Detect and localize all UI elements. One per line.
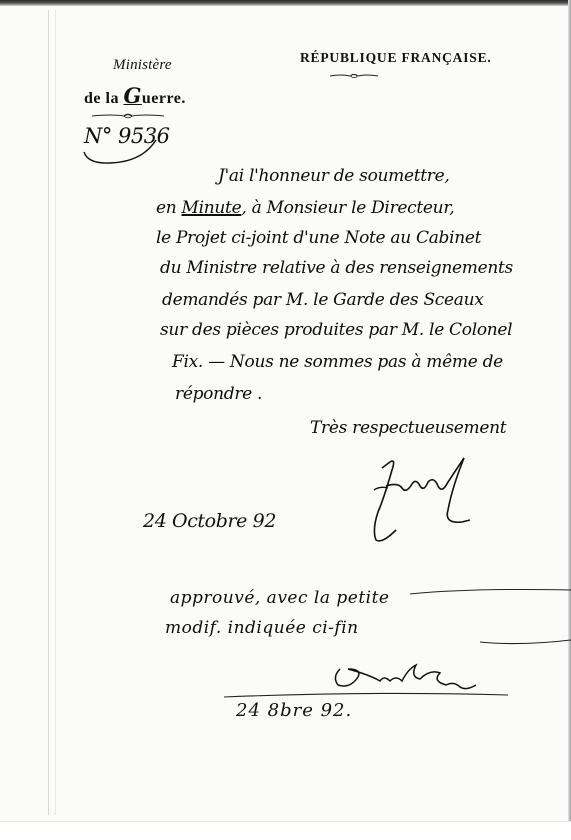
body-line-4: du Ministre relative à des renseignement… <box>160 258 513 278</box>
letterhead-ministry-line-2: de la Guerre. <box>84 83 186 108</box>
annotation-stroke-icon <box>410 586 571 596</box>
letterhead-ministry-rest: uerre. <box>142 90 186 107</box>
body-line-3: le Projet ci-joint d'une Note au Cabinet <box>156 228 481 248</box>
body-underlined-minute: Minute <box>182 198 242 218</box>
body-line-2-prefix: en <box>156 198 182 218</box>
number-underline-swoosh-icon <box>80 130 160 170</box>
letterhead-ministry-line-1: Ministère <box>113 57 172 74</box>
signature-approver-icon: Dandes <box>220 655 520 699</box>
body-line-8: répondre . <box>175 384 262 404</box>
letter-date: 24 Octobre 92 <box>143 510 276 532</box>
annotation-line-1: approuvé, avec la petite <box>170 588 390 608</box>
body-line-2: en Minute, à Monsieur le Directeur, <box>156 198 454 218</box>
closing-formula: Très respectueusement <box>310 418 506 438</box>
body-line-7: Fix. — Nous ne sommes pas à même de <box>172 352 503 372</box>
body-line-6: sur des pièces produites par M. le Colon… <box>160 320 512 340</box>
annotation-date: 24 8bre 92. <box>236 700 352 721</box>
annotation-line-2: modif. indiquée ci-fin <box>165 618 359 638</box>
scan-top-edge <box>0 0 571 6</box>
signature-henry-icon: Henry <box>362 448 502 548</box>
letterhead-republic: RÉPUBLIQUE FRANÇAISE. <box>300 50 492 66</box>
margin-fold-line <box>48 10 49 815</box>
scan-bottom-edge <box>0 821 571 840</box>
letterhead-ministry-prefix: de la <box>84 90 123 107</box>
body-line-5: demandés par M. le Garde des Sceaux <box>162 290 484 310</box>
margin-fold-line-secondary <box>55 10 56 815</box>
ornament-divider-icon <box>92 112 164 120</box>
letterhead-ornate-initial: G <box>123 83 141 108</box>
ornament-divider-icon <box>330 72 378 80</box>
scanned-letter-page: Ministère de la Guerre. RÉPUBLIQUE FRANÇ… <box>0 0 571 840</box>
body-line-2-suffix: , à Monsieur le Directeur, <box>241 198 454 218</box>
annotation-underline-icon <box>480 638 571 648</box>
body-line-1: J'ai l'honneur de soumettre, <box>218 166 450 186</box>
